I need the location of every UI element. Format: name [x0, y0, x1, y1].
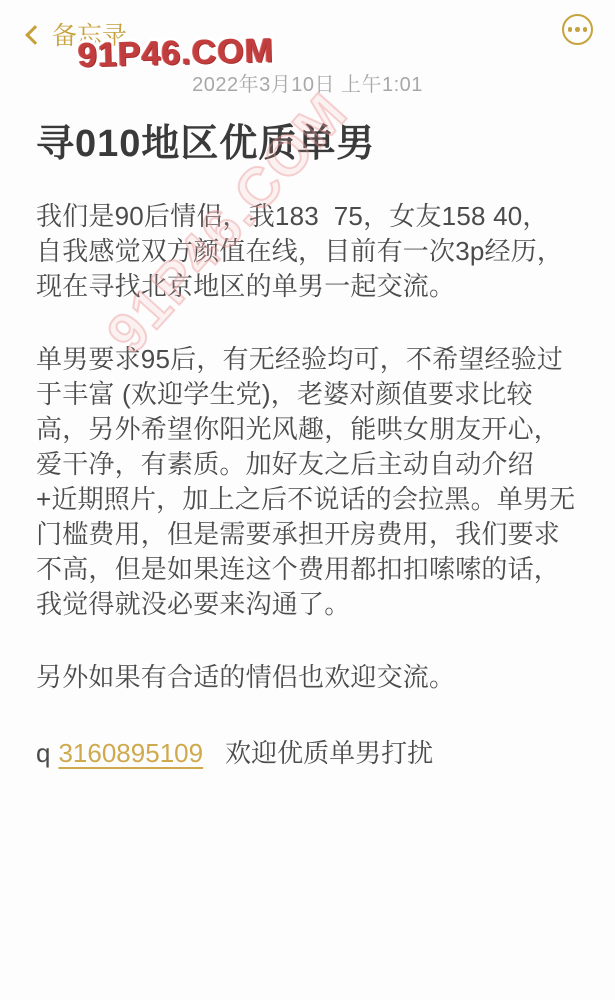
ellipsis-circle-icon: [568, 27, 588, 32]
contact-prefix: q: [36, 738, 50, 768]
notes-app-screen: 备忘录 91P46.COM 91P46.COM 91P46.COM 2022年3…: [0, 0, 615, 1000]
nav-bar: 备忘录: [0, 0, 615, 62]
back-button[interactable]: 备忘录: [28, 16, 127, 52]
note-paragraph-1: 我们是90后情侣，我183 75，女友158 40， 自我感觉双方颜值在线，目前…: [36, 199, 579, 304]
note-title: 寻010地区优质单男: [36, 112, 579, 167]
chevron-left-icon: [25, 25, 45, 45]
contact-suffix: 欢迎优质单男打扰: [225, 738, 433, 768]
ellipsis-dot: [575, 27, 580, 32]
note-paragraph-3: 另外如果有合适的情侣也欢迎交流。: [36, 660, 579, 695]
note-body[interactable]: 2022年3月10日 上午1:01 寻010地区优质单男 我们是90后情侣，我1…: [0, 0, 615, 770]
note-date: 2022年3月10日 上午1:01: [36, 68, 579, 97]
more-button[interactable]: [562, 14, 593, 45]
note-paragraph-2: 单男要求95后，有无经验均可，不希望经验过 于丰富 (欢迎学生党)，老婆对颜值要…: [36, 342, 579, 622]
ellipsis-dot: [583, 27, 588, 32]
contact-line: q3160895109欢迎优质单男打扰: [36, 733, 579, 770]
qq-number-link[interactable]: 3160895109: [58, 738, 203, 768]
back-button-label: 备忘录: [52, 16, 127, 52]
ellipsis-dot: [568, 27, 573, 32]
